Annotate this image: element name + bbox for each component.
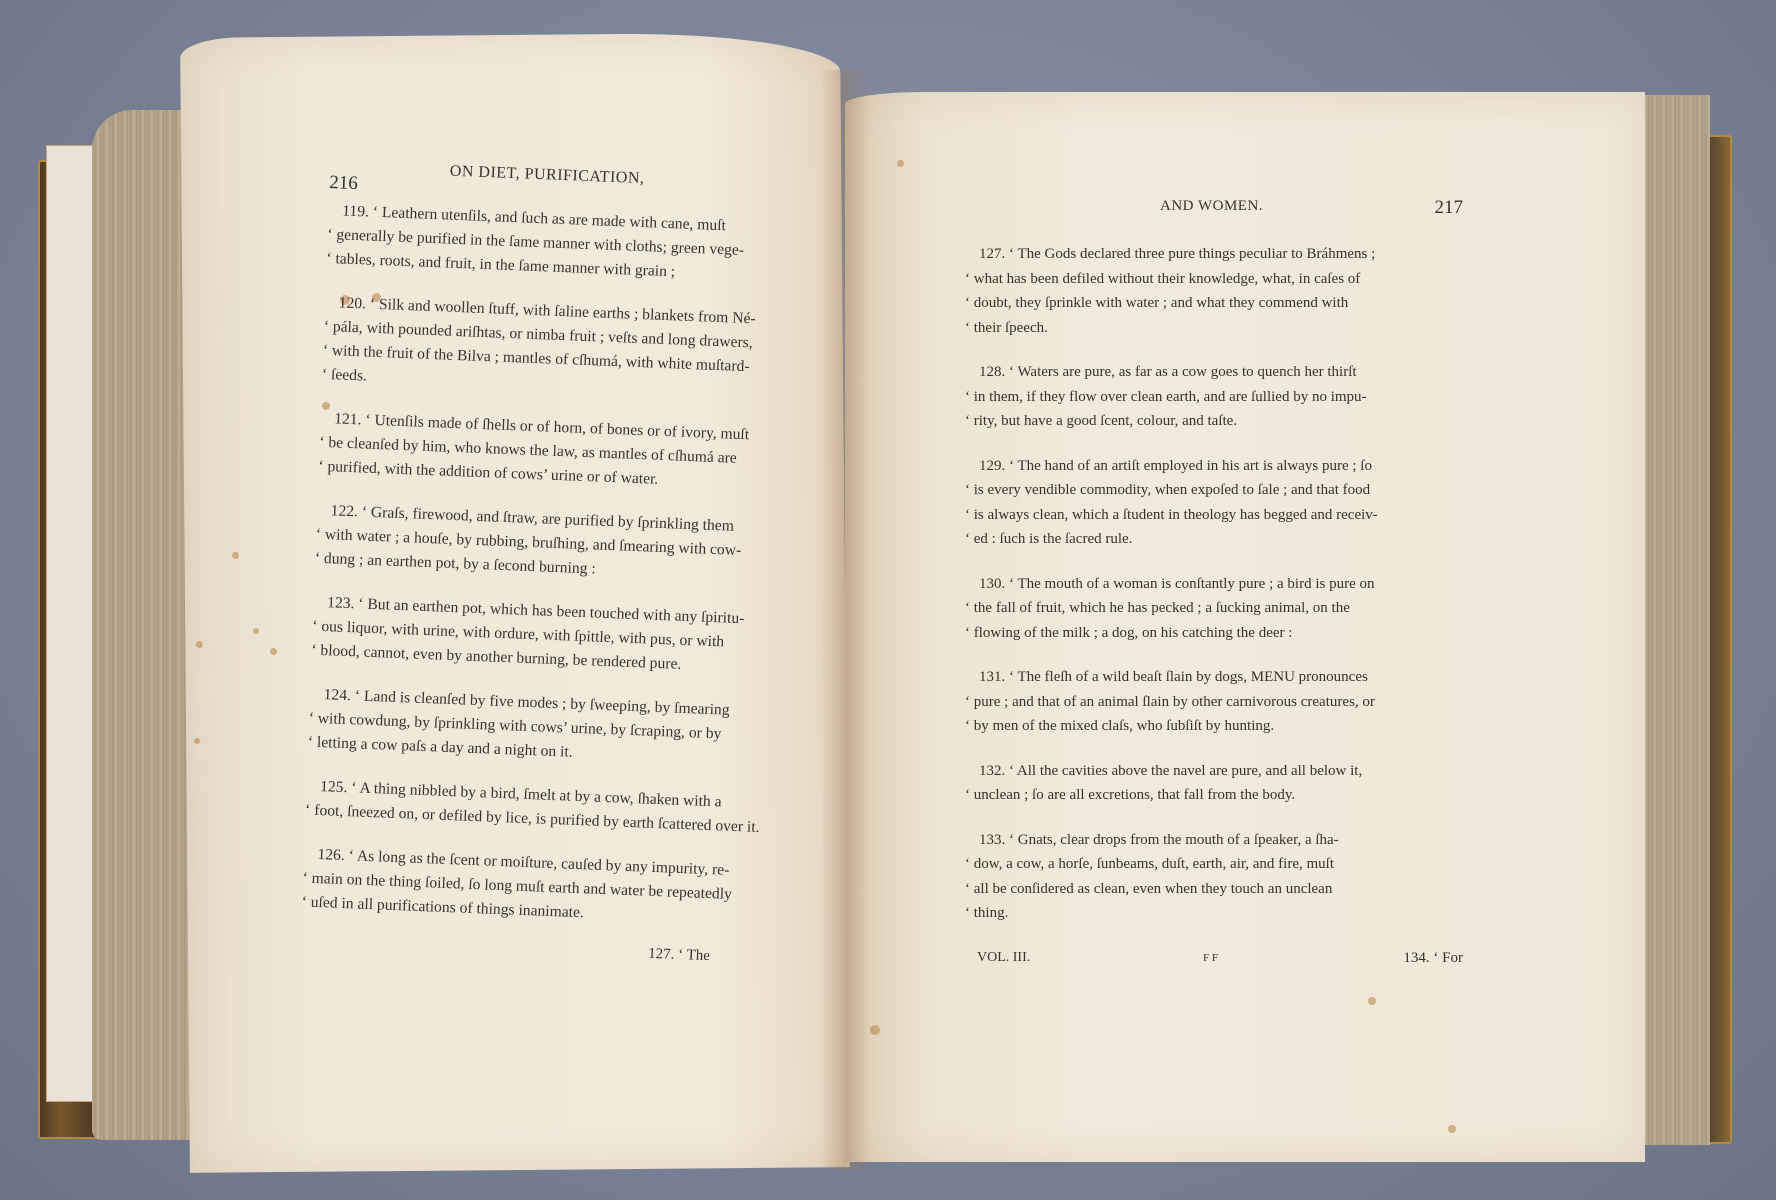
text-line: ‘ unclean ; ſo are all excretions, that … <box>965 783 1463 808</box>
paragraph-130: 130. ‘ The mouth of a woman is conſtantl… <box>965 572 1463 646</box>
text-line: ‘ doubt, they ſprinkle with water ; and … <box>965 291 1463 316</box>
running-head-title: AND WOMEN. <box>1160 194 1263 219</box>
text-line: ‘ is always clean, which a ſtudent in th… <box>965 503 1463 528</box>
page-number: 216 <box>329 171 358 196</box>
right-page-footer: VOL. III. F F 134. ‘ For <box>965 946 1463 976</box>
text-line: 131. ‘ The fleſh of a wild beaſt ſlain b… <box>965 665 1463 690</box>
text-line: ‘ dow, a cow, a horſe, ſunbeams, duſt, e… <box>965 852 1463 877</box>
text-line: ‘ in them, if they flow over clean earth… <box>965 385 1463 410</box>
paragraph-127: 127. ‘ The Gods declared three pure thin… <box>965 242 1463 340</box>
foxing-spot <box>870 1025 880 1035</box>
text-line: 130. ‘ The mouth of a woman is conſtantl… <box>965 572 1463 597</box>
paragraph-128: 128. ‘ Waters are pure, as far as a cow … <box>965 360 1463 434</box>
page-number: 217 <box>1435 196 1464 221</box>
catchword: 134. ‘ For <box>1403 946 1463 971</box>
text-line: 133. ‘ Gnats, clear drops from the mouth… <box>965 828 1463 853</box>
paragraph-125: 125. ‘ A thing nibbled by a bird, ſmelt … <box>305 775 776 841</box>
foxing-spot <box>253 628 259 634</box>
paragraph-133: 133. ‘ Gnats, clear drops from the mouth… <box>965 828 1463 926</box>
foxing-spot <box>232 552 239 559</box>
page-block-right-edge <box>1640 95 1710 1145</box>
catchword: 127. ‘ The <box>648 942 711 968</box>
paragraph-123: 123. ‘ But an earthen pot, which has bee… <box>311 591 783 681</box>
text-line: ‘ their ſpeech. <box>965 316 1463 341</box>
paragraph-120: 120. ‘ Silk and woollen ſtuff, with ſali… <box>321 291 794 405</box>
book-gutter <box>820 70 870 1170</box>
text-line: ‘ thing. <box>965 901 1463 926</box>
text-line: ‘ ed : ſuch is the ſacred rule. <box>965 527 1463 552</box>
paragraph-126: 126. ‘ As long as the ſcent or moiſture,… <box>301 843 773 933</box>
foxing-spot <box>1368 997 1376 1005</box>
text-line: 132. ‘ All the cavities above the navel … <box>965 759 1463 784</box>
paragraph-124: 124. ‘ Land is cleanſed by five modes ; … <box>307 683 779 773</box>
right-running-head: AND WOMEN. 217 <box>965 212 1463 242</box>
paragraph-122: 122. ‘ Graſs, firewood, and ſtraw, are p… <box>314 499 786 589</box>
text-line: 127. ‘ The Gods declared three pure thin… <box>965 242 1463 267</box>
foxing-spot <box>196 641 203 648</box>
paragraph-131: 131. ‘ The fleſh of a wild beaſt ſlain b… <box>965 665 1463 739</box>
text-line: ‘ is every vendible commodity, when expo… <box>965 478 1463 503</box>
right-page-text: AND WOMEN. 217 127. ‘ The Gods declared … <box>965 212 1463 976</box>
text-line: ‘ what has been defiled without their kn… <box>965 267 1463 292</box>
text-line: ‘ rity, but have a good ſcent, colour, a… <box>965 409 1463 434</box>
left-page-text: 216 ON DIET, PURIFICATION, 119. ‘ Leathe… <box>299 165 799 982</box>
text-line: 128. ‘ Waters are pure, as far as a cow … <box>965 360 1463 385</box>
text-line: 129. ‘ The hand of an artiſt employed in… <box>965 454 1463 479</box>
foxing-spot <box>270 648 277 655</box>
foxing-spot <box>194 738 200 744</box>
paragraph-132: 132. ‘ All the cavities above the navel … <box>965 759 1463 808</box>
volume-label: VOL. III. <box>977 946 1030 971</box>
text-line: ‘ pure ; and that of an animal ſlain by … <box>965 690 1463 715</box>
foxing-spot <box>1448 1125 1456 1133</box>
text-line: ‘ all be conſidered as clean, even when … <box>965 877 1463 902</box>
text-line: ‘ flowing of the milk ; a dog, on his ca… <box>965 621 1463 646</box>
text-line: ‘ the fall of fruit, which he has pecked… <box>965 596 1463 621</box>
paragraph-121: 121. ‘ Utenſils made of ſhells or of hor… <box>318 407 790 497</box>
foxing-spot <box>897 160 904 167</box>
paragraph-129: 129. ‘ The hand of an artiſt employed in… <box>965 454 1463 552</box>
signature-mark: F F <box>1203 946 1218 971</box>
text-line: ‘ by men of the mixed claſs, who ſubſiſt… <box>965 714 1463 739</box>
